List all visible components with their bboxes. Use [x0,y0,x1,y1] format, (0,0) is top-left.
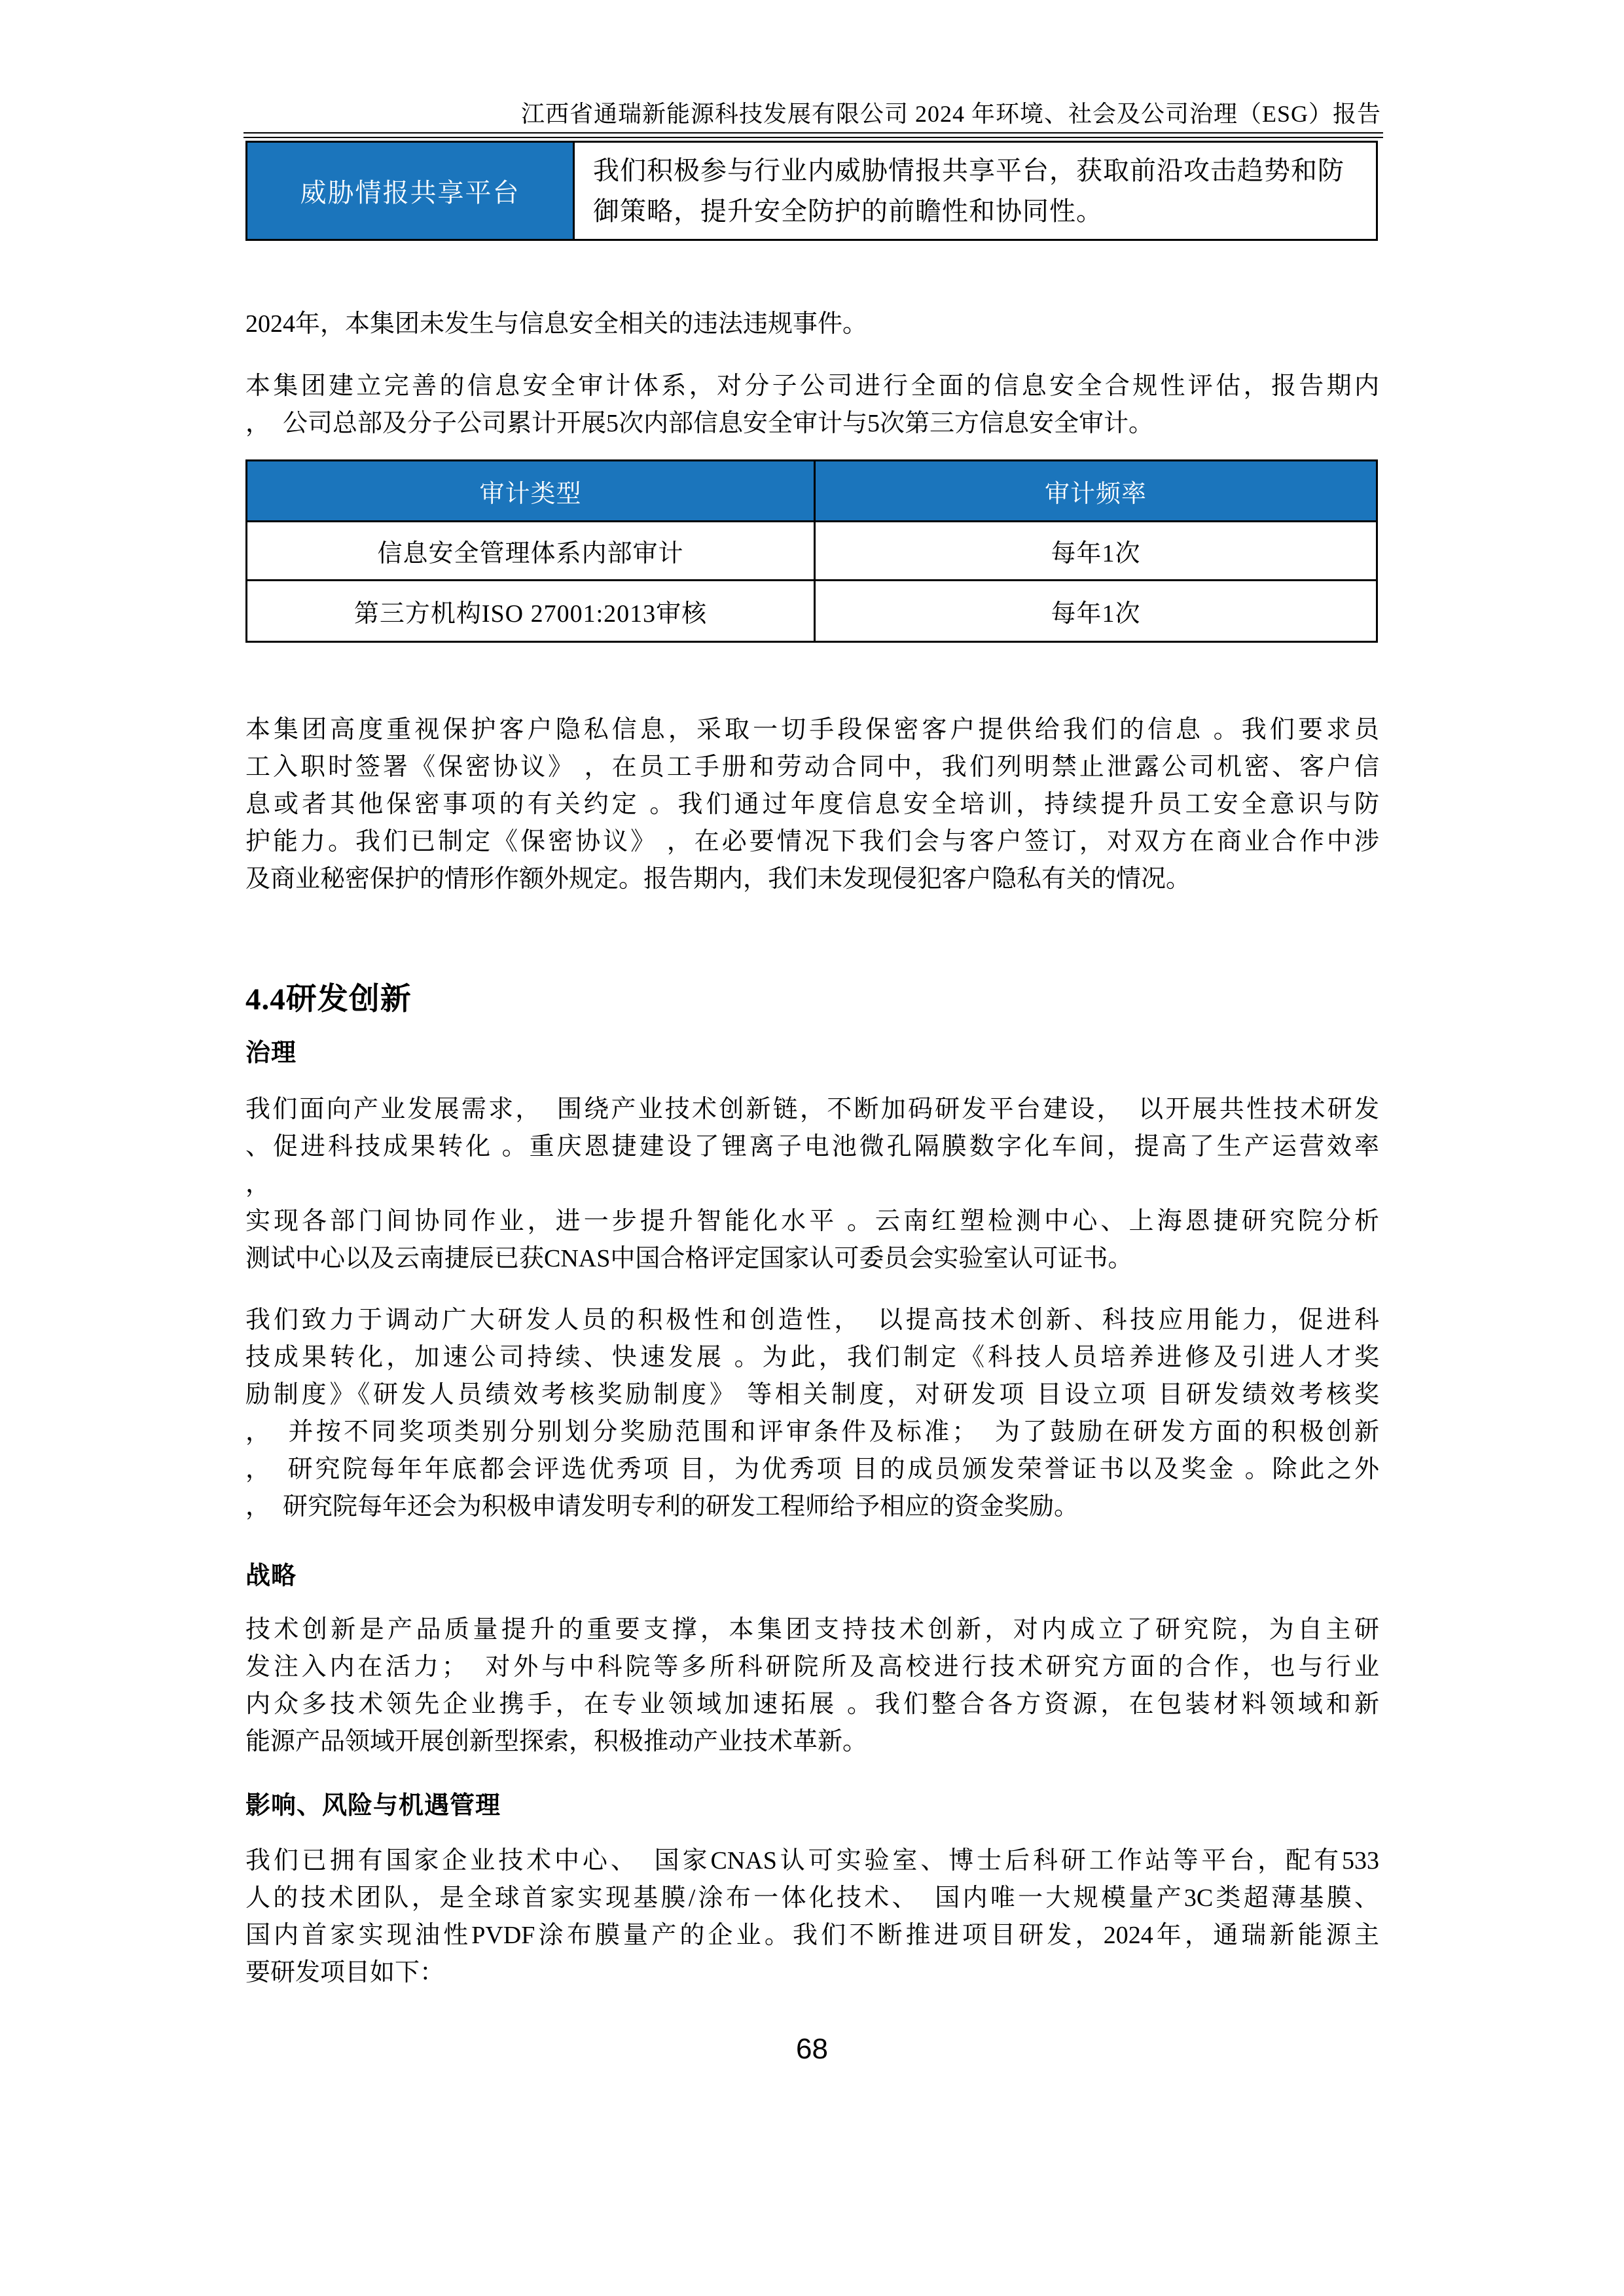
impact-risk-heading: 影响、风险与机遇管理 [245,1785,501,1821]
paragraph-strategy: 技术创新是产品质量提升的重要支撑，本集团支持技术创新，对内成立了研究院，为自主研… [245,1611,1379,1761]
audit-type-header: 审计类型 [247,461,816,520]
report-header: 江西省通瑞新能源科技发展有限公司 2024 年环境、社会及公司治理（ESG）报告 [521,96,1381,129]
page-number: 68 [0,2033,1624,2066]
report-page: 江西省通瑞新能源科技发展有限公司 2024 年环境、社会及公司治理（ESG）报告… [0,0,1624,2296]
audit-frequency-cell: 每年1次 [816,581,1376,641]
audit-frequency-header: 审计频率 [816,461,1376,520]
audit-table: 审计类型 审计频率 信息安全管理体系内部审计 每年1次 第三方机构ISO 270… [245,459,1378,643]
header-divider [244,132,1383,138]
governance-heading: 治理 [245,1032,297,1068]
audit-type-cell: 第三方机构ISO 27001:2013审核 [247,581,816,641]
strategy-heading: 战略 [245,1555,297,1591]
table-row: 信息安全管理体系内部审计 每年1次 [247,520,1376,579]
paragraph-audit-system: 本集团建立完善的信息安全审计体系，对分子公司进行全面的信息安全合规性评估，报告期… [245,368,1379,442]
audit-frequency-cell: 每年1次 [816,522,1376,579]
section-title: 4.4研发创新 [245,975,412,1018]
audit-type-cell: 信息安全管理体系内部审计 [247,522,816,579]
threat-intel-table: 威胁情报共享平台 我们积极参与行业内威胁情报共享平台，获取前沿攻击趋势和防御策略… [245,141,1378,241]
audit-table-header-row: 审计类型 审计频率 [247,461,1376,520]
paragraph-impact-risk: 我们已拥有国家企业技术中心、 国家CNAS认可实验室、博士后科研工作站等平台，配… [245,1842,1379,1992]
paragraph-governance-2: 我们致力于调动广大研发人员的积极性和创造性， 以提高技术创新、科技应用能力，促进… [245,1302,1379,1526]
paragraph-compliance-events: 2024年，本集团未发生与信息安全相关的违法违规事件。 [245,306,1379,343]
paragraph-customer-privacy: 本集团高度重视保护客户隐私信息，采取一切手段保密客户提供给我们的信息 。我们要求… [245,711,1379,898]
threat-intel-description: 我们积极参与行业内威胁情报共享平台，获取前沿攻击趋势和防御策略，提升安全防护的前… [575,143,1376,239]
paragraph-governance-1: 我们面向产业发展需求， 围绕产业技术创新链，不断加码研发平台建设， 以开展共性技… [245,1091,1379,1278]
table-row: 第三方机构ISO 27001:2013审核 每年1次 [247,579,1376,641]
threat-intel-label-cell: 威胁情报共享平台 [247,143,575,239]
